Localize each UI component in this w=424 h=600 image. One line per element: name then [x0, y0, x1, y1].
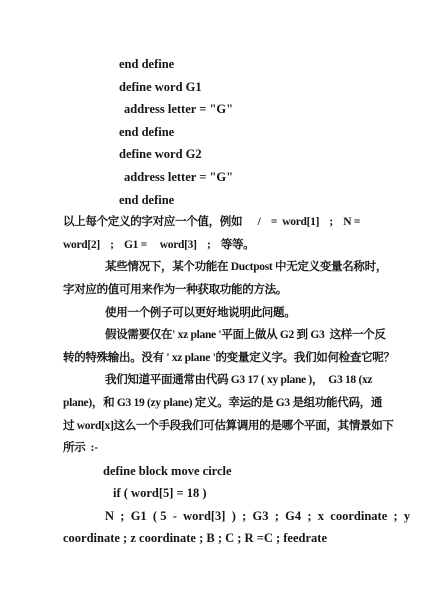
document-body: end define define word G1 address letter… — [0, 0, 424, 550]
paragraph-ductpost-line-2: 字对应的值可用来作为一种获取功能的方法。 — [63, 279, 397, 302]
paragraph-planes-line-4: 所示 :- — [63, 437, 397, 460]
code-define-word-g2: define word G2 — [63, 143, 397, 166]
code-end-define-2: end define — [63, 121, 397, 144]
paragraph-planes-line-1: 我们知道平面通常由代码 G3 17 ( xy plane )， G3 18 (x… — [63, 369, 397, 392]
document-page: end define define word G1 address letter… — [0, 0, 424, 600]
code-if-word5: if ( word[5] = 18 ) — [63, 482, 397, 505]
code-end-define-1: end define — [63, 53, 397, 76]
paragraph-example-note: 使用一个例子可以更好地说明此问题。 — [63, 302, 397, 325]
paragraph-values-line-2: word[2] ; G1 = word[3] ; 等等。 — [63, 234, 397, 257]
code-define-block-move-circle: define block move circle — [63, 460, 397, 483]
code-block-output-line-2: coordinate ; z coordinate ; B ; C ; R =C… — [63, 527, 397, 550]
paragraph-planes-line-2: plane)，和 G3 19 (zy plane) 定义。幸运的是 G3 是组功… — [63, 392, 397, 415]
paragraph-ductpost-line-1: 某些情况下，某个功能在 Ductpost 中无定义变量名称时， — [63, 256, 397, 279]
paragraph-xzplane-line-2: 转的特殊输出。没有 ' xz plane '的变量定义字。我们如何检查它呢？ — [63, 347, 397, 370]
code-address-letter-g2: address letter = "G" — [63, 166, 397, 189]
paragraph-values-line-1: 以上每个定义的字对应一个值，例如 / = word[1] ; N = — [63, 211, 397, 234]
code-address-letter-g1: address letter = "G" — [63, 98, 397, 121]
code-define-word-g1: define word G1 — [63, 76, 397, 99]
code-block-output-line-1: N ; G1 ( 5 - word[3] ) ; G3 ; G4 ; x coo… — [63, 505, 397, 528]
paragraph-planes-line-3: 过 word[x]这么一个手段我们可估算调用的是哪个平面，其情景如下 — [63, 415, 397, 438]
code-end-define-3: end define — [63, 189, 397, 212]
paragraph-xzplane-line-1: 假设需要仅在' xz plane '平面上做从 G2 到 G3 这样一个反 — [63, 324, 397, 347]
